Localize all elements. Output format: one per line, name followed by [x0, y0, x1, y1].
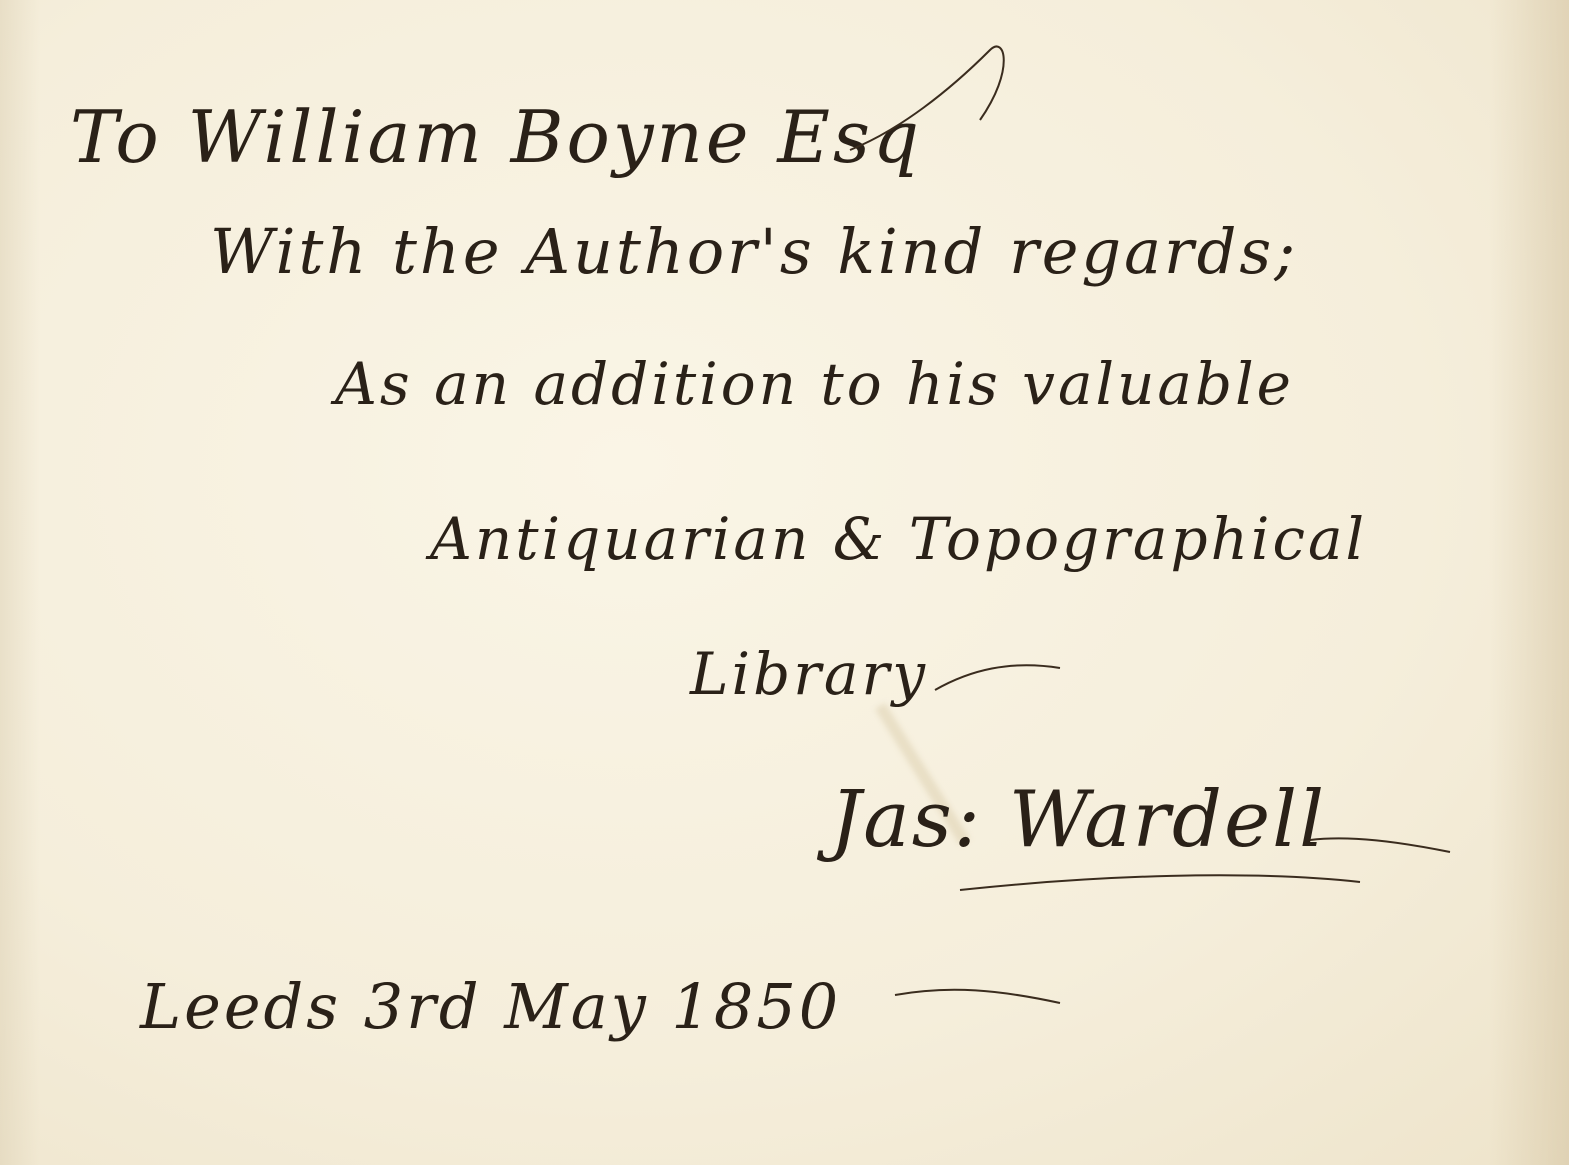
- regards-line: With the Author's kind regards;: [210, 215, 1298, 288]
- page-gutter-shadow: [1489, 0, 1569, 1165]
- dateline-flourish: [890, 975, 1070, 1025]
- library-type-line: Antiquarian & Topographical: [430, 505, 1367, 573]
- dateline: Leeds 3rd May 1850: [140, 970, 841, 1043]
- page-edge-shadow: [0, 0, 40, 1165]
- signature-underline: [950, 820, 1470, 900]
- library-flourish: [930, 650, 1070, 710]
- addition-line: As an addition to his valuable: [335, 350, 1294, 418]
- library-line: Library: [690, 640, 928, 708]
- salutation-flourish: [840, 30, 1020, 180]
- salutation-line: To William Boyne Esq: [70, 95, 922, 179]
